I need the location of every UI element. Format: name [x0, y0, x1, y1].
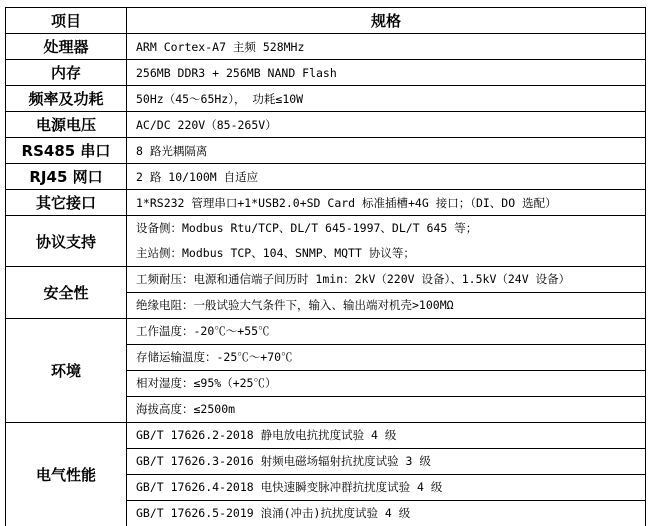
environment-line: 相对湿度：≤95%（+25℃） [127, 370, 645, 396]
electrical-row: 电气性能 GB/T 17626.2-2018 静电放电抗扰度试验 4 级 GB/… [6, 423, 646, 526]
electrical-label: 电气性能 [6, 423, 127, 526]
safety-line: 工频耐压：电源和通信端子间历时 1min：2kV（220V 设备）、1.5kV（… [127, 267, 645, 292]
row-label: RS485 串口 [6, 138, 127, 164]
protocol-row: 协议支持 设备侧：Modbus Rtu/TCP、DL/T 645-1997、DL… [6, 216, 646, 267]
row-value: 50Hz（45～65Hz）， 功耗≤10W [127, 86, 646, 112]
row-label: 其它接口 [6, 190, 127, 216]
row-value: 256MB DDR3 + 256MB NAND Flash [127, 60, 646, 86]
protocol-values: 设备侧：Modbus Rtu/TCP、DL/T 645-1997、DL/T 64… [127, 216, 646, 267]
electrical-line: GB/T 17626.4-2018 电快速瞬变脉冲群抗扰度试验 4 级 [127, 474, 645, 500]
table-row: 处理器 ARM Cortex-A7 主频 528MHz [6, 34, 646, 60]
safety-label: 安全性 [6, 267, 127, 319]
safety-row: 安全性 工频耐压：电源和通信端子间历时 1min：2kV（220V 设备）、1.… [6, 267, 646, 319]
environment-line: 存储运输温度：-25℃～+70℃ [127, 344, 645, 370]
row-value: 2 路 10/100M 自适应 [127, 164, 646, 190]
table-row: 内存 256MB DDR3 + 256MB NAND Flash [6, 60, 646, 86]
safety-line: 绝缘电阻：一般试验大气条件下，输入、输出端对机壳>100MΩ [127, 292, 645, 318]
row-label: 频率及功耗 [6, 86, 127, 112]
protocol-line: 设备侧：Modbus Rtu/TCP、DL/T 645-1997、DL/T 64… [127, 216, 645, 241]
row-label: 处理器 [6, 34, 127, 60]
table-row: 其它接口 1*RS232 管理串口+1*USB2.0+SD Card 标准插槽+… [6, 190, 646, 216]
electrical-values: GB/T 17626.2-2018 静电放电抗扰度试验 4 级 GB/T 176… [127, 423, 646, 526]
electrical-line: GB/T 17626.2-2018 静电放电抗扰度试验 4 级 [127, 423, 645, 448]
header-row: 项目 规格 [6, 8, 646, 34]
row-value: 8 路光耦隔离 [127, 138, 646, 164]
environment-label: 环境 [6, 319, 127, 423]
table-row: 频率及功耗 50Hz（45～65Hz）， 功耗≤10W [6, 86, 646, 112]
electrical-line: GB/T 17626.5-2019 浪涌(冲击)抗扰度试验 4 级 [127, 500, 645, 526]
protocol-line: 主站侧：Modbus TCP、104、SNMP、MQTT 协议等； [127, 241, 645, 266]
row-value: AC/DC 220V（85-265V） [127, 112, 646, 138]
protocol-label: 协议支持 [6, 216, 127, 267]
environment-line: 海拔高度：≤2500m [127, 396, 645, 422]
spec-table: 项目 规格 处理器 ARM Cortex-A7 主频 528MHz 内存 256… [5, 7, 646, 526]
row-value: ARM Cortex-A7 主频 528MHz [127, 34, 646, 60]
row-label: RJ45 网口 [6, 164, 127, 190]
environment-row: 环境 工作温度：-20℃～+55℃ 存储运输温度：-25℃～+70℃ 相对湿度：… [6, 319, 646, 423]
table-row: 电源电压 AC/DC 220V（85-265V） [6, 112, 646, 138]
table-row: RS485 串口 8 路光耦隔离 [6, 138, 646, 164]
environment-values: 工作温度：-20℃～+55℃ 存储运输温度：-25℃～+70℃ 相对湿度：≤95… [127, 319, 646, 423]
electrical-line: GB/T 17626.3-2016 射频电磁场辐射抗扰度试验 3 级 [127, 448, 645, 474]
safety-values: 工频耐压：电源和通信端子间历时 1min：2kV（220V 设备）、1.5kV（… [127, 267, 646, 319]
row-value: 1*RS232 管理串口+1*USB2.0+SD Card 标准插槽+4G 接口… [127, 190, 646, 216]
header-item: 项目 [6, 8, 127, 34]
header-spec: 规格 [127, 8, 646, 34]
row-label: 电源电压 [6, 112, 127, 138]
table-row: RJ45 网口 2 路 10/100M 自适应 [6, 164, 646, 190]
row-label: 内存 [6, 60, 127, 86]
environment-line: 工作温度：-20℃～+55℃ [127, 319, 645, 344]
